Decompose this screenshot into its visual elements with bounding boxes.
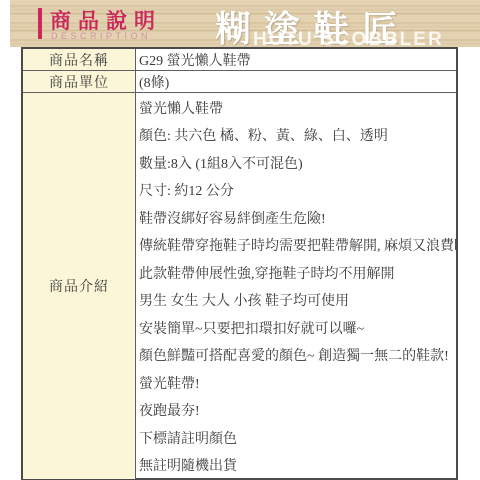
intro-line: 男生 女生 大人 小孩 鞋子均可使用 [139, 287, 456, 315]
intro-line: 螢光懶人鞋帶 [139, 94, 456, 122]
page-subtitle: DESCRIPTION [51, 31, 151, 41]
intro-line: 此款鞋帶伸展性強,穿拖鞋子時均不用解開 [139, 259, 456, 287]
intro-line: 鞋帶沒綁好容易絆倒產生危險! [139, 204, 456, 232]
header-band: 商品說明 DESCRIPTION 糊塗鞋匠 HUTU SCOBBLER [10, 0, 480, 47]
product-spec-table: 商品名稱 G29 螢光懶人鞋帶 商品單位 (8條) 商品介紹 螢光懶人鞋帶 顏色… [21, 47, 458, 480]
intro-line: 夜跑最夯! [139, 397, 456, 425]
table-row-product-unit: 商品單位 (8條) [23, 71, 456, 93]
row-value-product-intro: 螢光懶人鞋帶 顏色: 共六色 橘、粉、黃、綠、白、透明 數量:8入 (1組8入不… [136, 93, 456, 479]
brand-watermark-en: HUTU SCOBBLER [253, 29, 444, 47]
table-row-product-intro: 商品介紹 螢光懶人鞋帶 顏色: 共六色 橘、粉、黃、綠、白、透明 數量:8入 (… [23, 93, 456, 479]
intro-line: 顏色鮮豔可搭配喜愛的顏色~ 創造獨一無二的鞋款! [139, 342, 456, 370]
title-accent-bar [38, 8, 42, 39]
intro-line: 顏色: 共六色 橘、粉、黃、綠、白、透明 [139, 122, 456, 150]
intro-line: 數量:8入 (1組8入不可混色) [139, 149, 456, 177]
table-row-product-name: 商品名稱 G29 螢光懶人鞋帶 [23, 49, 456, 71]
row-value-product-unit: (8條) [136, 71, 456, 92]
row-value-product-name: G29 螢光懶人鞋帶 [136, 49, 456, 70]
intro-line: 下標請註明顏色 [139, 424, 456, 452]
intro-line: 尺寸: 約12 公分 [139, 177, 456, 205]
intro-line: 螢光鞋帶! [139, 369, 456, 397]
row-label-product-name: 商品名稱 [23, 49, 136, 70]
intro-line: 傳統鞋帶穿拖鞋子時均需要把鞋帶解開, 麻煩又浪費時間 [139, 232, 456, 260]
intro-line: 安裝簡單~只要把扣環扣好就可以囉~ [139, 314, 456, 342]
row-label-product-intro: 商品介紹 [23, 93, 136, 479]
intro-line: 無註明隨機出貨 [139, 452, 456, 480]
row-label-product-unit: 商品單位 [23, 71, 136, 92]
